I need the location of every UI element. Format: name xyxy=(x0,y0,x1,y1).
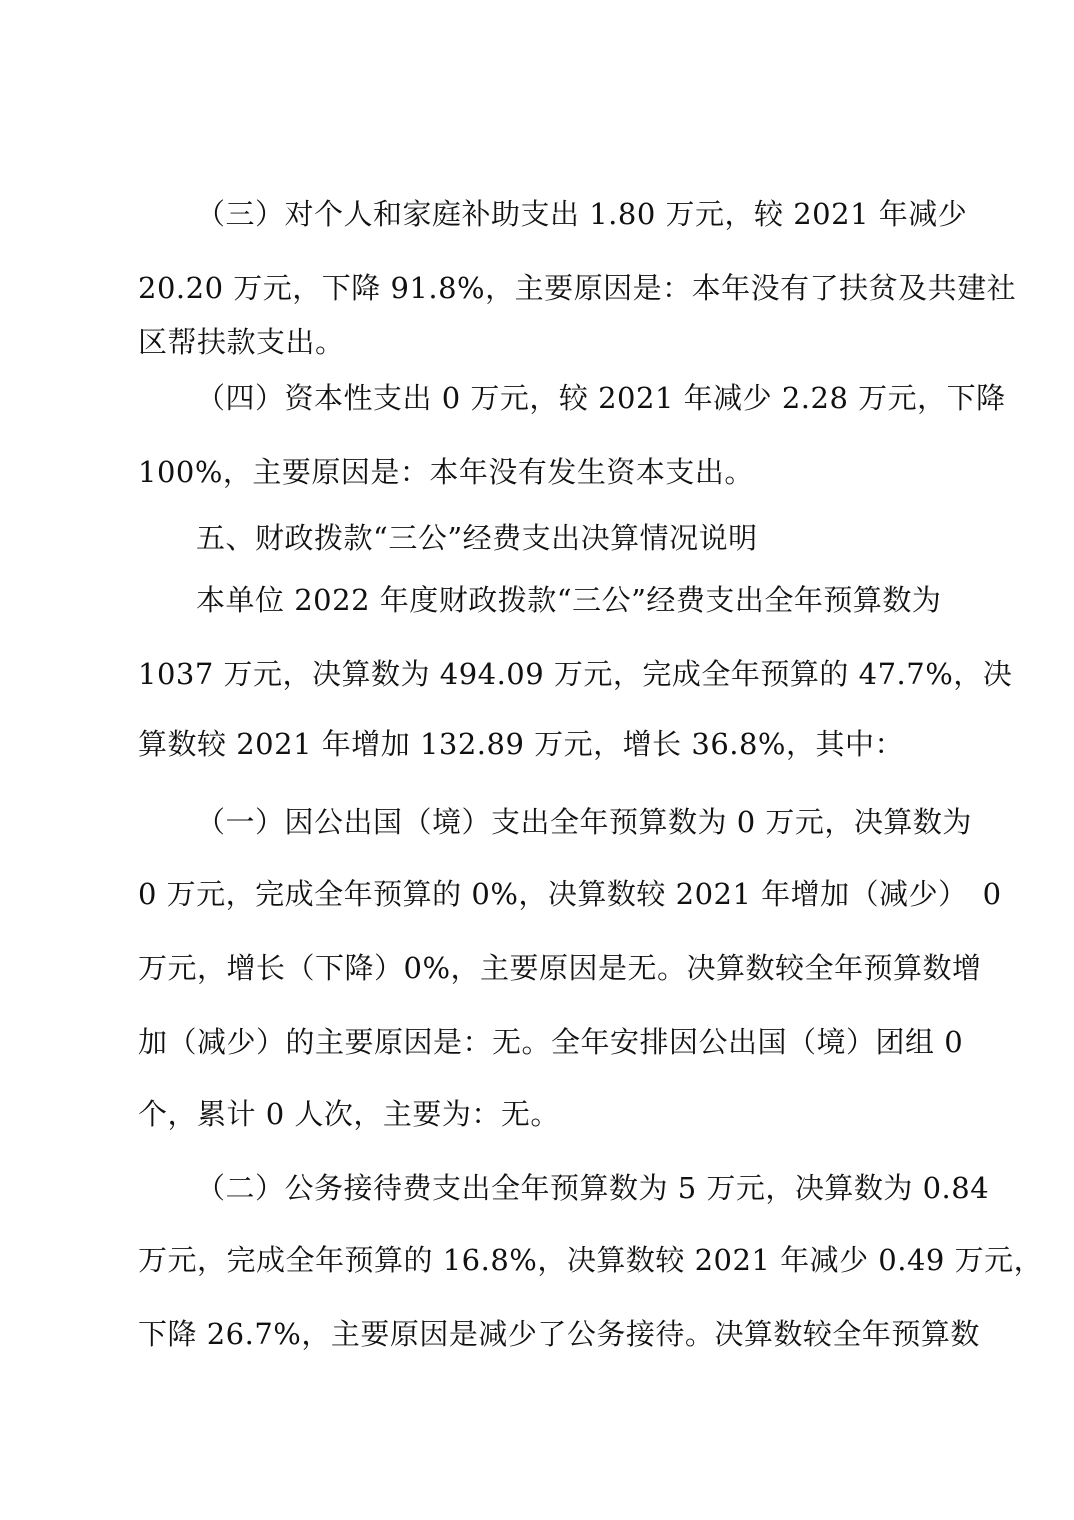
paragraph-line: 算数较 2021 年增加 132.89 万元，增长 36.8%，其中： xyxy=(138,724,938,764)
section-heading: 五、财政拨款“三公”经费支出决算情况说明 xyxy=(196,518,938,558)
paragraph-line: 个，累计 0 人次，主要为：无。 xyxy=(138,1094,938,1134)
paragraph-line: （三）对个人和家庭补助支出 1.80 万元，较 2021 年减少 xyxy=(196,194,938,234)
paragraph-line: 加（减少）的主要原因是：无。全年安排因公出国（境）团组 0 xyxy=(138,1022,938,1062)
paragraph-line: 100%，主要原因是：本年没有发生资本支出。 xyxy=(138,452,938,492)
paragraph-line: 万元，完成全年预算的 16.8%，决算数较 2021 年减少 0.49 万元， xyxy=(138,1240,938,1280)
paragraph-line: 下降 26.7%，主要原因是减少了公务接待。决算数较全年预算数 xyxy=(138,1314,938,1354)
document-page: （三）对个人和家庭补助支出 1.80 万元，较 2021 年减少 20.20 万… xyxy=(0,0,1074,1520)
paragraph-line: 20.20 万元，下降 91.8%，主要原因是：本年没有了扶贫及共建社 xyxy=(138,268,938,308)
paragraph-line: 1037 万元，决算数为 494.09 万元，完成全年预算的 47.7%，决 xyxy=(138,654,938,694)
paragraph-line: 本单位 2022 年度财政拨款“三公”经费支出全年预算数为 xyxy=(196,580,938,620)
paragraph-line: （一）因公出国（境）支出全年预算数为 0 万元，决算数为 xyxy=(196,802,938,842)
paragraph-line: 万元，增长（下降）0%，主要原因是无。决算数较全年预算数增 xyxy=(138,948,938,988)
paragraph-line: 区帮扶款支出。 xyxy=(138,322,938,362)
paragraph-line: （四）资本性支出 0 万元，较 2021 年减少 2.28 万元，下降 xyxy=(196,378,938,418)
paragraph-line: （二）公务接待费支出全年预算数为 5 万元，决算数为 0.84 xyxy=(196,1168,938,1208)
paragraph-line: 0 万元，完成全年预算的 0%，决算数较 2021 年增加（减少） 0 xyxy=(138,874,938,914)
